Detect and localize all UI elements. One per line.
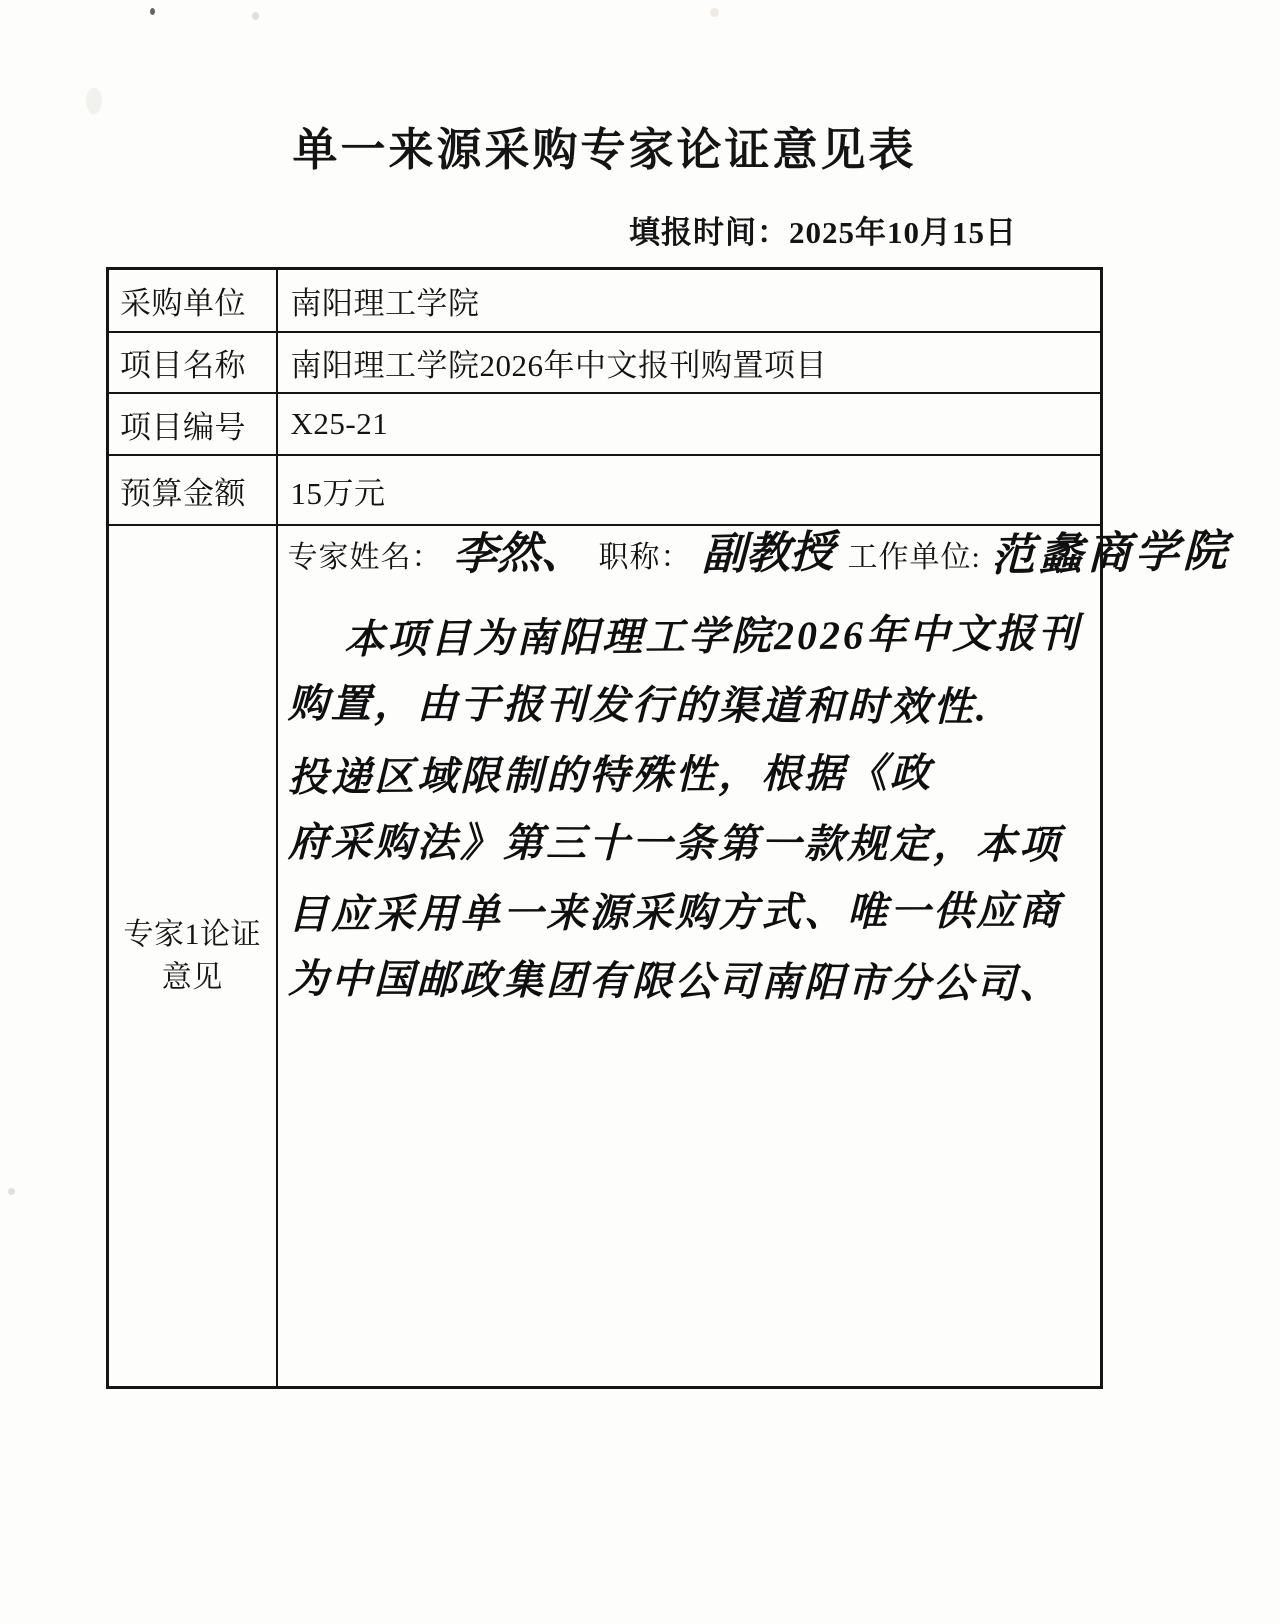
table-row-expert-opinion: 专家1论证意见 专家姓名：李然、职称：副教授工作单位:范蠡商学院 本项目为南阳理… bbox=[108, 525, 1102, 1387]
opinion-line: 目应采用单一来源采购方式、唯一供应商 bbox=[287, 876, 1100, 949]
table-row-project-number: 项目编号 X25-21 bbox=[108, 393, 1102, 455]
fill-date: 填报时间：2025年10月15日 bbox=[106, 207, 1103, 252]
row-label: 项目名称 bbox=[108, 332, 277, 393]
opinion-line: 府采购法》第三十一条第一款规定，本项 bbox=[287, 808, 1100, 880]
table-row-project-name: 项目名称 南阳理工学院2026年中文报刊购置项目 bbox=[108, 332, 1102, 393]
row-value: X25-21 bbox=[277, 393, 1102, 455]
opinion-line: 为中国邮政集团有限公司南阳市分公司、 bbox=[287, 944, 1100, 1019]
expert-title-handwriting: 副教授 bbox=[701, 531, 834, 578]
row-label: 预算金额 bbox=[108, 455, 277, 525]
expert-opinion-cell: 专家姓名：李然、职称：副教授工作单位:范蠡商学院 本项目为南阳理工学院2026年… bbox=[277, 525, 1102, 1387]
row-value: 南阳理工学院 bbox=[277, 268, 1102, 332]
scanned-form-page: 单一来源采购专家论证意见表 填报时间：2025年10月15日 采购单位 南阳理工… bbox=[0, 0, 1280, 1624]
expert-unit-label: 工作单位: bbox=[848, 541, 981, 574]
expert-unit-handwriting: 范蠡商学院 bbox=[991, 530, 1232, 579]
table-row-purchasing-unit: 采购单位 南阳理工学院 bbox=[108, 268, 1102, 332]
opinion-line: 投递区域限制的特殊性，根据《政 bbox=[287, 737, 1100, 812]
scan-speck bbox=[252, 12, 259, 20]
expert-opinion-handwriting: 本项目为南阳理工学院2026年中文报刊 购置，由于报刊发行的渠道和时效性. 投递… bbox=[288, 602, 1101, 1016]
opinion-line: 购置，由于报刊发行的渠道和时效性. bbox=[287, 669, 1100, 742]
expert-name-label: 专家姓名： bbox=[288, 541, 443, 574]
row-value: 南阳理工学院2026年中文报刊购置项目 bbox=[277, 332, 1102, 393]
form-table: 采购单位 南阳理工学院 项目名称 南阳理工学院2026年中文报刊购置项目 项目编… bbox=[106, 267, 1103, 1389]
scan-speck bbox=[86, 88, 102, 114]
expert-name-handwriting: 李然、 bbox=[452, 531, 585, 578]
row-label: 采购单位 bbox=[108, 268, 277, 332]
expert-title-label: 职称： bbox=[599, 541, 692, 574]
table-row-budget-amount: 预算金额 15万元 bbox=[108, 455, 1102, 525]
opinion-line: 本项目为南阳理工学院2026年中文报刊 bbox=[287, 599, 1100, 675]
expert-row-label: 专家1论证意见 bbox=[108, 525, 277, 1387]
scan-speck bbox=[8, 1188, 15, 1195]
scan-speck bbox=[150, 8, 155, 15]
row-value: 15万元 bbox=[277, 455, 1102, 525]
form-title: 单一来源采购专家论证意见表 bbox=[106, 125, 1103, 177]
scan-speck bbox=[710, 8, 719, 17]
row-label: 项目编号 bbox=[108, 393, 277, 455]
expert-identity-line: 专家姓名：李然、职称：副教授工作单位:范蠡商学院 bbox=[288, 532, 1101, 596]
